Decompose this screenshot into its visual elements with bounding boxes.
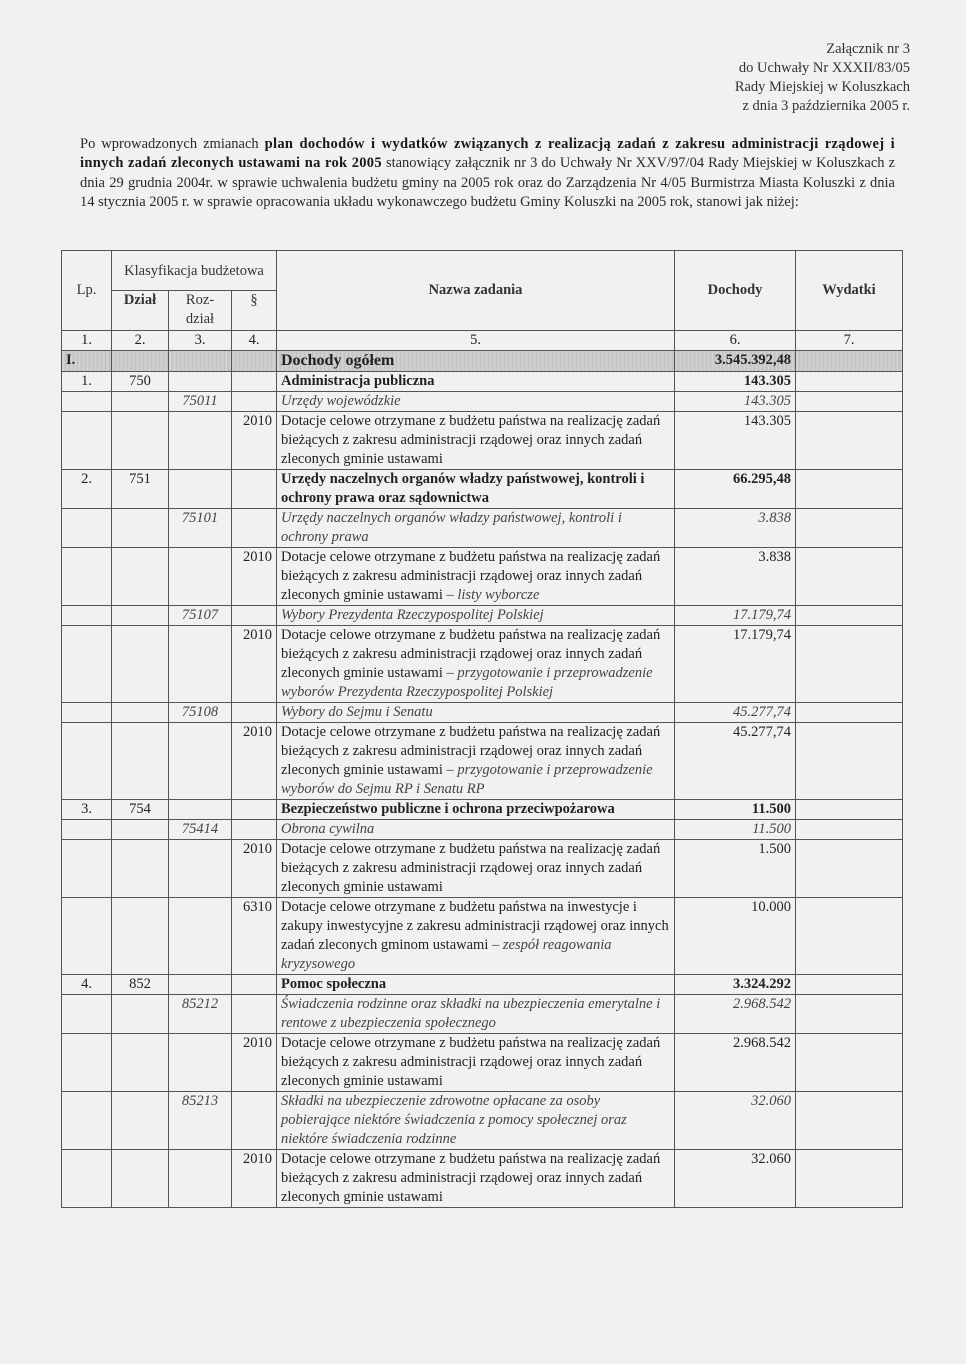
- cell-nazwa: Świadczenia rodzinne oraz składki na ube…: [277, 995, 675, 1034]
- cell-nazwa: Dotacje celowe otrzymane z budżetu państ…: [277, 548, 675, 606]
- cell-nazwa: Urzędy wojewódzkie: [277, 392, 675, 412]
- cell-rozdzial: [169, 626, 232, 703]
- cell-dochody: 143.305: [675, 412, 796, 470]
- total-dzial: [112, 351, 169, 372]
- colnum-1: 1.: [62, 331, 112, 351]
- total-dochody: 3.545.392,48: [675, 351, 796, 372]
- cell-paragraf: 2010: [232, 548, 277, 606]
- cell-dzial: [112, 392, 169, 412]
- cell-dochody: 11.500: [675, 800, 796, 820]
- cell-rozdzial: [169, 800, 232, 820]
- cell-dochody: 45.277,74: [675, 703, 796, 723]
- task-name: Wybory Prezydenta Rzeczypospolitej Polsk…: [281, 607, 544, 623]
- cell-nazwa: Pomoc społeczna: [277, 975, 675, 995]
- cell-wydatki: [796, 723, 903, 800]
- cell-lp: [62, 723, 112, 800]
- cell-dochody: 3.838: [675, 548, 796, 606]
- cell-nazwa: Bezpieczeństwo publiczne i ochrona przec…: [277, 800, 675, 820]
- header-paragraf: §: [232, 291, 277, 331]
- table-row-paragraf: 2010Dotacje celowe otrzymane z budżetu p…: [62, 626, 903, 703]
- cell-rozdzial: 75011: [169, 392, 232, 412]
- cell-dzial: [112, 840, 169, 898]
- table-row-rozdzial: 75108Wybory do Sejmu i Senatu45.277,74: [62, 703, 903, 723]
- cell-rozdzial: [169, 1034, 232, 1092]
- cell-paragraf: 2010: [232, 626, 277, 703]
- cell-lp: 1.: [62, 372, 112, 392]
- cell-dzial: [112, 548, 169, 606]
- cell-wydatki: [796, 1150, 903, 1208]
- task-name: Pomoc społeczna: [281, 976, 386, 992]
- cell-rozdzial: [169, 723, 232, 800]
- cell-rozdzial: [169, 412, 232, 470]
- cell-dzial: [112, 606, 169, 626]
- cell-dochody: 45.277,74: [675, 723, 796, 800]
- cell-paragraf: [232, 820, 277, 840]
- intro-text-start: Po wprowadzonych zmianach: [80, 136, 265, 152]
- task-name: Dotacje celowe otrzymane z budżetu państ…: [281, 413, 660, 467]
- column-numbers-row: 1. 2. 3. 4. 5. 6. 7.: [62, 331, 903, 351]
- cell-wydatki: [796, 392, 903, 412]
- cell-lp: [62, 898, 112, 975]
- cell-lp: [62, 392, 112, 412]
- cell-nazwa: Wybory Prezydenta Rzeczypospolitej Polsk…: [277, 606, 675, 626]
- cell-dzial: 852: [112, 975, 169, 995]
- table-row-paragraf: 6310Dotacje celowe otrzymane z budżetu p…: [62, 898, 903, 975]
- cell-paragraf: [232, 995, 277, 1034]
- cell-dzial: [112, 995, 169, 1034]
- cell-wydatki: [796, 372, 903, 392]
- task-name: Dotacje celowe otrzymane z budżetu państ…: [281, 1035, 660, 1089]
- cell-dochody: 3.324.292: [675, 975, 796, 995]
- cell-dochody: 3.838: [675, 509, 796, 548]
- cell-lp: [62, 626, 112, 703]
- cell-nazwa: Dotacje celowe otrzymane z budżetu państ…: [277, 1034, 675, 1092]
- task-name: Bezpieczeństwo publiczne i ochrona przec…: [281, 801, 615, 817]
- cell-dochody: 17.179,74: [675, 606, 796, 626]
- table-row-dzial: 4.852Pomoc społeczna3.324.292: [62, 975, 903, 995]
- cell-paragraf: 2010: [232, 840, 277, 898]
- cell-wydatki: [796, 820, 903, 840]
- resolution-number: do Uchwały Nr XXXII/83/05: [735, 59, 910, 78]
- cell-dochody: 32.060: [675, 1150, 796, 1208]
- cell-rozdzial: [169, 898, 232, 975]
- cell-wydatki: [796, 1034, 903, 1092]
- cell-nazwa: Składki na ubezpieczenie zdrowotne opłac…: [277, 1092, 675, 1150]
- cell-wydatki: [796, 703, 903, 723]
- cell-wydatki: [796, 975, 903, 995]
- cell-paragraf: [232, 800, 277, 820]
- attachment-number: Załącznik nr 3: [735, 40, 910, 59]
- table-row-rozdzial: 85212Świadczenia rodzinne oraz składki n…: [62, 995, 903, 1034]
- cell-rozdzial: 75101: [169, 509, 232, 548]
- cell-dochody: 143.305: [675, 372, 796, 392]
- cell-paragraf: [232, 372, 277, 392]
- header-wydatki: Wydatki: [796, 251, 903, 331]
- cell-wydatki: [796, 626, 903, 703]
- cell-paragraf: [232, 606, 277, 626]
- table-row-rozdzial: 75414Obrona cywilna11.500: [62, 820, 903, 840]
- cell-wydatki: [796, 412, 903, 470]
- table-row-paragraf: 2010Dotacje celowe otrzymane z budżetu p…: [62, 723, 903, 800]
- task-name: Urzędy naczelnych organów władzy państwo…: [281, 471, 644, 506]
- cell-dochody: 143.305: [675, 392, 796, 412]
- cell-wydatki: [796, 995, 903, 1034]
- task-name: Dotacje celowe otrzymane z budżetu państ…: [281, 1151, 660, 1205]
- cell-wydatki: [796, 509, 903, 548]
- cell-wydatki: [796, 898, 903, 975]
- cell-paragraf: [232, 392, 277, 412]
- total-wydatki: [796, 351, 903, 372]
- cell-nazwa: Dotacje celowe otrzymane z budżetu państ…: [277, 723, 675, 800]
- cell-dochody: 32.060: [675, 1092, 796, 1150]
- header-dochody: Dochody: [675, 251, 796, 331]
- cell-wydatki: [796, 840, 903, 898]
- table-row-paragraf: 2010Dotacje celowe otrzymane z budżetu p…: [62, 1150, 903, 1208]
- cell-lp: 2.: [62, 470, 112, 509]
- cell-lp: 3.: [62, 800, 112, 820]
- cell-dochody: 10.000: [675, 898, 796, 975]
- cell-lp: [62, 1092, 112, 1150]
- cell-wydatki: [796, 606, 903, 626]
- cell-paragraf: 2010: [232, 1034, 277, 1092]
- cell-wydatki: [796, 470, 903, 509]
- cell-dzial: [112, 703, 169, 723]
- table-row-dzial: 2.751Urzędy naczelnych organów władzy pa…: [62, 470, 903, 509]
- cell-dzial: [112, 1034, 169, 1092]
- cell-dochody: 17.179,74: [675, 626, 796, 703]
- task-name: Świadczenia rodzinne oraz składki na ube…: [281, 996, 660, 1031]
- cell-dzial: 754: [112, 800, 169, 820]
- cell-lp: [62, 412, 112, 470]
- table-row-dzial: 3.754Bezpieczeństwo publiczne i ochrona …: [62, 800, 903, 820]
- cell-lp: [62, 995, 112, 1034]
- task-name: Składki na ubezpieczenie zdrowotne opłac…: [281, 1093, 627, 1147]
- table-row-rozdzial: 75101Urzędy naczelnych organów władzy pa…: [62, 509, 903, 548]
- table-row-rozdzial: 75107Wybory Prezydenta Rzeczypospolitej …: [62, 606, 903, 626]
- cell-dochody: 66.295,48: [675, 470, 796, 509]
- cell-dochody: 1.500: [675, 840, 796, 898]
- cell-lp: [62, 606, 112, 626]
- cell-nazwa: Wybory do Sejmu i Senatu: [277, 703, 675, 723]
- cell-paragraf: [232, 470, 277, 509]
- task-note: – listy wyborcze: [447, 587, 540, 603]
- total-row: I. Dochody ogółem 3.545.392,48: [62, 351, 903, 372]
- table-row-paragraf: 2010Dotacje celowe otrzymane z budżetu p…: [62, 548, 903, 606]
- header-dzial: Dział: [112, 291, 169, 331]
- cell-dzial: 750: [112, 372, 169, 392]
- task-name: Urzędy wojewódzkie: [281, 393, 401, 409]
- cell-rozdzial: 75414: [169, 820, 232, 840]
- cell-wydatki: [796, 800, 903, 820]
- cell-dzial: [112, 723, 169, 800]
- attachment-header: Załącznik nr 3 do Uchwały Nr XXXII/83/05…: [735, 40, 910, 116]
- task-name: Dotacje celowe otrzymane z budżetu państ…: [281, 841, 660, 895]
- cell-nazwa: Dotacje celowe otrzymane z budżetu państ…: [277, 840, 675, 898]
- cell-paragraf: [232, 703, 277, 723]
- cell-nazwa: Urzędy naczelnych organów władzy państwo…: [277, 509, 675, 548]
- header-lp: Lp.: [62, 251, 112, 331]
- cell-paragraf: 6310: [232, 898, 277, 975]
- cell-dochody: 11.500: [675, 820, 796, 840]
- table-row-rozdzial: 85213Składki na ubezpieczenie zdrowotne …: [62, 1092, 903, 1150]
- cell-lp: 4.: [62, 975, 112, 995]
- cell-dochody: 2.968.542: [675, 1034, 796, 1092]
- header-nazwa: Nazwa zadania: [277, 251, 675, 331]
- header-klasyfikacja: Klasyfikacja budżetowa: [112, 251, 277, 291]
- table-row-rozdzial: 75011Urzędy wojewódzkie143.305: [62, 392, 903, 412]
- task-name: Wybory do Sejmu i Senatu: [281, 704, 433, 720]
- cell-rozdzial: 85212: [169, 995, 232, 1034]
- cell-nazwa: Dotacje celowe otrzymane z budżetu państ…: [277, 626, 675, 703]
- cell-paragraf: 2010: [232, 723, 277, 800]
- cell-dzial: [112, 1092, 169, 1150]
- cell-dochody: 2.968.542: [675, 995, 796, 1034]
- cell-dzial: 751: [112, 470, 169, 509]
- cell-dzial: [112, 626, 169, 703]
- cell-paragraf: [232, 975, 277, 995]
- cell-rozdzial: [169, 548, 232, 606]
- cell-paragraf: [232, 1092, 277, 1150]
- cell-rozdzial: [169, 470, 232, 509]
- intro-paragraph: Po wprowadzonych zmianach plan dochodów …: [80, 135, 895, 213]
- cell-nazwa: Dotacje celowe otrzymane z budżetu państ…: [277, 898, 675, 975]
- cell-dzial: [112, 820, 169, 840]
- cell-lp: [62, 820, 112, 840]
- table-row-paragraf: 2010Dotacje celowe otrzymane z budżetu p…: [62, 412, 903, 470]
- table-row-paragraf: 2010Dotacje celowe otrzymane z budżetu p…: [62, 840, 903, 898]
- cell-nazwa: Obrona cywilna: [277, 820, 675, 840]
- task-name: Administracja publiczna: [281, 373, 434, 389]
- cell-dzial: [112, 509, 169, 548]
- cell-rozdzial: [169, 840, 232, 898]
- cell-rozdzial: [169, 1150, 232, 1208]
- table-row-dzial: 1.750Administracja publiczna143.305: [62, 372, 903, 392]
- cell-paragraf: 2010: [232, 412, 277, 470]
- cell-lp: [62, 1034, 112, 1092]
- header-rozdzial: Roz- dział: [169, 291, 232, 331]
- cell-nazwa: Urzędy naczelnych organów władzy państwo…: [277, 470, 675, 509]
- colnum-7: 7.: [796, 331, 903, 351]
- cell-lp: [62, 840, 112, 898]
- cell-lp: [62, 703, 112, 723]
- cell-nazwa: Dotacje celowe otrzymane z budżetu państ…: [277, 412, 675, 470]
- cell-wydatki: [796, 1092, 903, 1150]
- colnum-5: 5.: [277, 331, 675, 351]
- cell-paragraf: [232, 509, 277, 548]
- council-name: Rady Miejskiej w Koluszkach: [735, 78, 910, 97]
- table-row-paragraf: 2010Dotacje celowe otrzymane z budżetu p…: [62, 1034, 903, 1092]
- cell-nazwa: Dotacje celowe otrzymane z budżetu państ…: [277, 1150, 675, 1208]
- cell-lp: [62, 548, 112, 606]
- budget-table: Lp. Klasyfikacja budżetowa Nazwa zadania…: [61, 250, 903, 1208]
- resolution-date: z dnia 3 października 2005 r.: [735, 97, 910, 116]
- cell-nazwa: Administracja publiczna: [277, 372, 675, 392]
- cell-rozdzial: 85213: [169, 1092, 232, 1150]
- cell-rozdzial: 75108: [169, 703, 232, 723]
- colnum-4: 4.: [232, 331, 277, 351]
- task-name: Urzędy naczelnych organów władzy państwo…: [281, 510, 622, 545]
- colnum-6: 6.: [675, 331, 796, 351]
- cell-dzial: [112, 412, 169, 470]
- task-name: Obrona cywilna: [281, 821, 374, 837]
- total-rozdzial: [169, 351, 232, 372]
- cell-wydatki: [796, 548, 903, 606]
- cell-dzial: [112, 1150, 169, 1208]
- total-name: Dochody ogółem: [277, 351, 675, 372]
- cell-lp: [62, 509, 112, 548]
- colnum-3: 3.: [169, 331, 232, 351]
- total-lp: I.: [62, 351, 112, 372]
- cell-dzial: [112, 898, 169, 975]
- cell-rozdzial: 75107: [169, 606, 232, 626]
- colnum-2: 2.: [112, 331, 169, 351]
- cell-lp: [62, 1150, 112, 1208]
- cell-rozdzial: [169, 975, 232, 995]
- cell-paragraf: 2010: [232, 1150, 277, 1208]
- cell-rozdzial: [169, 372, 232, 392]
- total-paragraf: [232, 351, 277, 372]
